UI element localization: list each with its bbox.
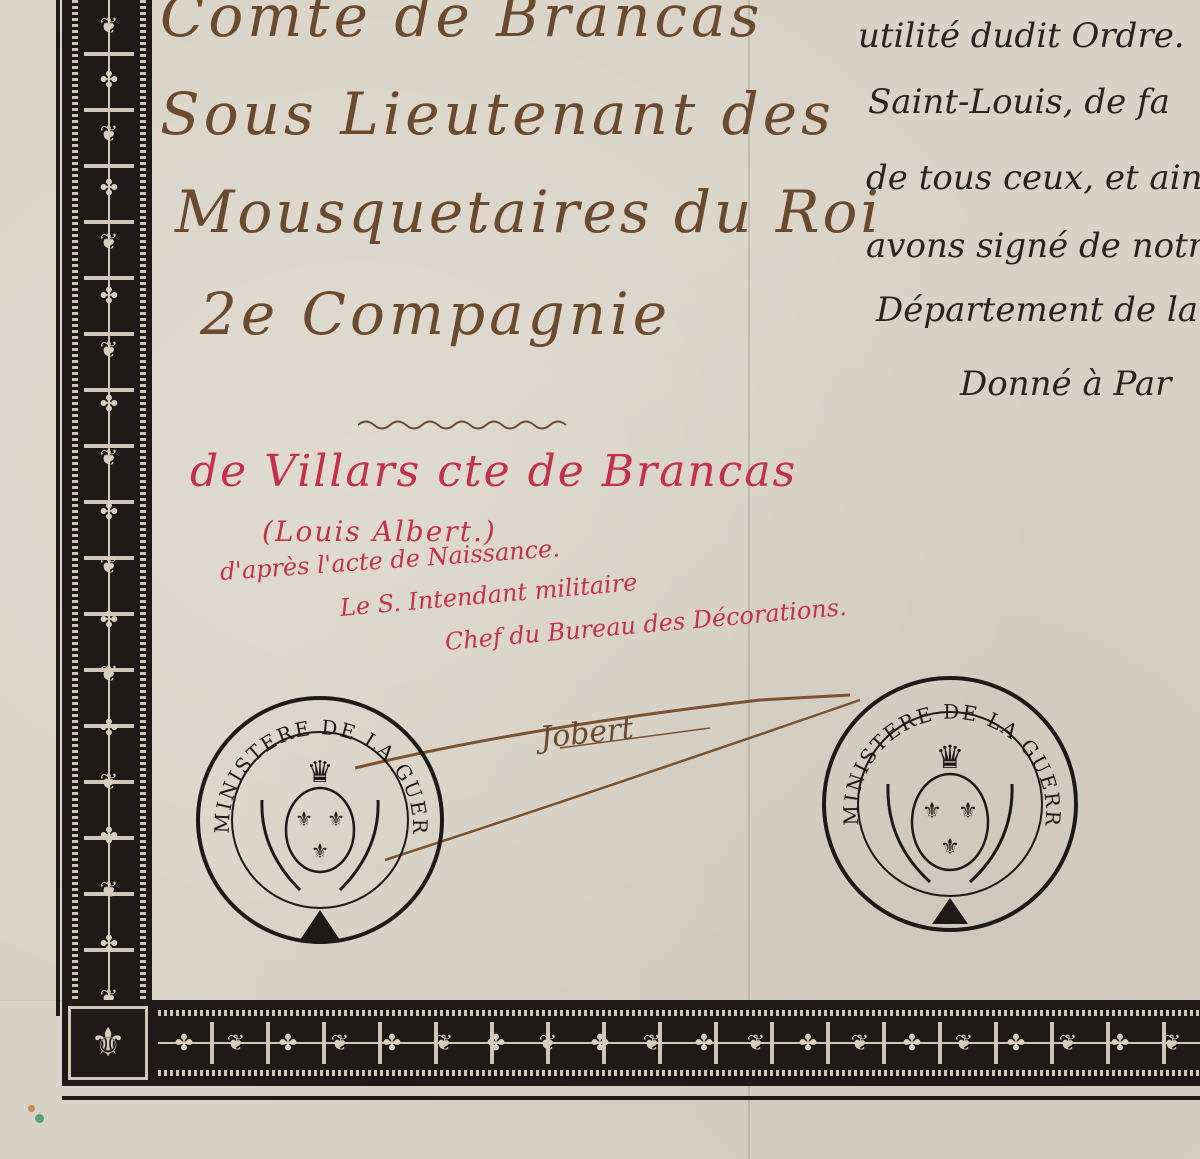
fleur-de-lis-corner-icon: ⚜	[68, 1006, 148, 1080]
leaf-motif-icon: ✤	[262, 1031, 314, 1056]
handwritten-unit-line: Mousquetaires du Roi	[175, 178, 882, 246]
printed-text-line: Département de la	[876, 290, 1198, 330]
leaf-motif-icon: ✤	[1094, 1031, 1146, 1056]
ornamental-border-bottom: ⚜ ✤❦✤❦✤❦✤❦✤❦✤❦✤❦✤❦✤❦✤❦	[62, 1000, 1200, 1086]
red-annotation-name: de Villars cte de Brancas	[190, 446, 797, 497]
leaf-motif-icon: ❦	[834, 1031, 886, 1056]
leaf-motif-icon: ❦	[418, 1031, 470, 1056]
red-annotation-official: Le S. Intendant militaire	[339, 568, 639, 622]
printed-text-line: de tous ceux, et ainsi	[866, 158, 1200, 198]
leaf-motif-icon: ❦	[1146, 1031, 1198, 1056]
flourish-divider	[358, 418, 568, 432]
leaf-motif-icon: ❦	[66, 664, 152, 686]
svg-text:♛: ♛	[936, 738, 965, 776]
leaf-motif-icon: ❦	[66, 16, 152, 38]
leaf-motif-icon: ✤	[66, 502, 152, 524]
leaf-motif-icon: ✤	[66, 178, 152, 200]
paper-fold-vertical	[748, 0, 750, 1159]
leaf-motif-icon: ❦	[730, 1031, 782, 1056]
leaf-motif-icon: ✤	[574, 1031, 626, 1056]
leaf-motif-icon: ❦	[210, 1031, 262, 1056]
leaf-motif-icon: ✤	[66, 934, 152, 956]
handwritten-title-line: Comte de Brancas	[160, 0, 763, 50]
leaf-motif-icon: ✤	[66, 394, 152, 416]
leaf-motif-icon: ✤	[678, 1031, 730, 1056]
leaf-motif-icon: ❦	[66, 448, 152, 470]
printed-text-line: Saint-Louis, de fa	[868, 82, 1170, 122]
ornamental-border-left: ❦✤❦✤❦✤❦✤❦✤❦✤❦✤❦✤❦✤❦	[62, 0, 152, 1016]
leaf-motif-icon: ❦	[66, 124, 152, 146]
printed-text-line: Donné à Par	[960, 364, 1171, 404]
handwritten-rank-line: Sous Lieutenant des	[160, 80, 835, 148]
leaf-motif-icon: ✤	[990, 1031, 1042, 1056]
leaf-motif-icon: ✤	[470, 1031, 522, 1056]
leaf-motif-icon: ❦	[314, 1031, 366, 1056]
printed-text-line: utilité dudit Ordre.	[858, 16, 1185, 56]
svg-text:⚜: ⚜	[940, 835, 960, 860]
leaf-motif-icon: ❦	[938, 1031, 990, 1056]
printed-text-line: avons signé de notre	[866, 226, 1200, 266]
leaf-motif-icon: ✤	[158, 1031, 210, 1056]
leaf-motif-icon: ✤	[66, 826, 152, 848]
leaf-motif-icon: ✤	[782, 1031, 834, 1056]
leaf-motif-icon: ✤	[886, 1031, 938, 1056]
svg-text:⚜: ⚜	[295, 807, 313, 831]
leaf-motif-icon: ❦	[522, 1031, 574, 1056]
leaf-motif-icon: ❦	[66, 772, 152, 794]
leaf-motif-icon: ❦	[66, 232, 152, 254]
svg-text:♛: ♛	[307, 755, 334, 790]
leaf-motif-icon: ✤	[66, 286, 152, 308]
svg-text:⚜: ⚜	[922, 799, 942, 824]
leaf-motif-icon: ✤	[366, 1031, 418, 1056]
leaf-motif-icon: ✤	[66, 718, 152, 740]
ink-spot-orange	[28, 1105, 35, 1112]
svg-text:⚜: ⚜	[311, 839, 329, 863]
leaf-motif-icon: ❦	[626, 1031, 678, 1056]
svg-text:⚜: ⚜	[327, 807, 345, 831]
handwritten-company-line: 2e Compagnie	[200, 280, 671, 348]
leaf-motifs: ✤❦✤❦✤❦✤❦✤❦✤❦✤❦✤❦✤❦✤❦	[158, 1022, 1200, 1064]
leaf-motif-icon: ❦	[66, 556, 152, 578]
leaf-motif-icon: ✤	[66, 610, 152, 632]
leaf-motif-icon: ✤	[66, 70, 152, 92]
leaf-motif-icon: ❦	[1042, 1031, 1094, 1056]
ink-spot-green	[35, 1114, 44, 1123]
leaf-motif-icon: ❦	[66, 880, 152, 902]
leaf-motif-icon: ❦	[66, 340, 152, 362]
svg-text:⚜: ⚜	[958, 799, 978, 824]
ministry-stamp-left: MINISTERE DE LA GUERRE ♛ ⚜ ⚜ ⚜	[190, 690, 450, 950]
signature: Jobert	[538, 711, 635, 756]
ministry-stamp-right: MINISTERE DE LA GUERRE. ♛ ⚜ ⚜ ⚜	[818, 672, 1082, 936]
